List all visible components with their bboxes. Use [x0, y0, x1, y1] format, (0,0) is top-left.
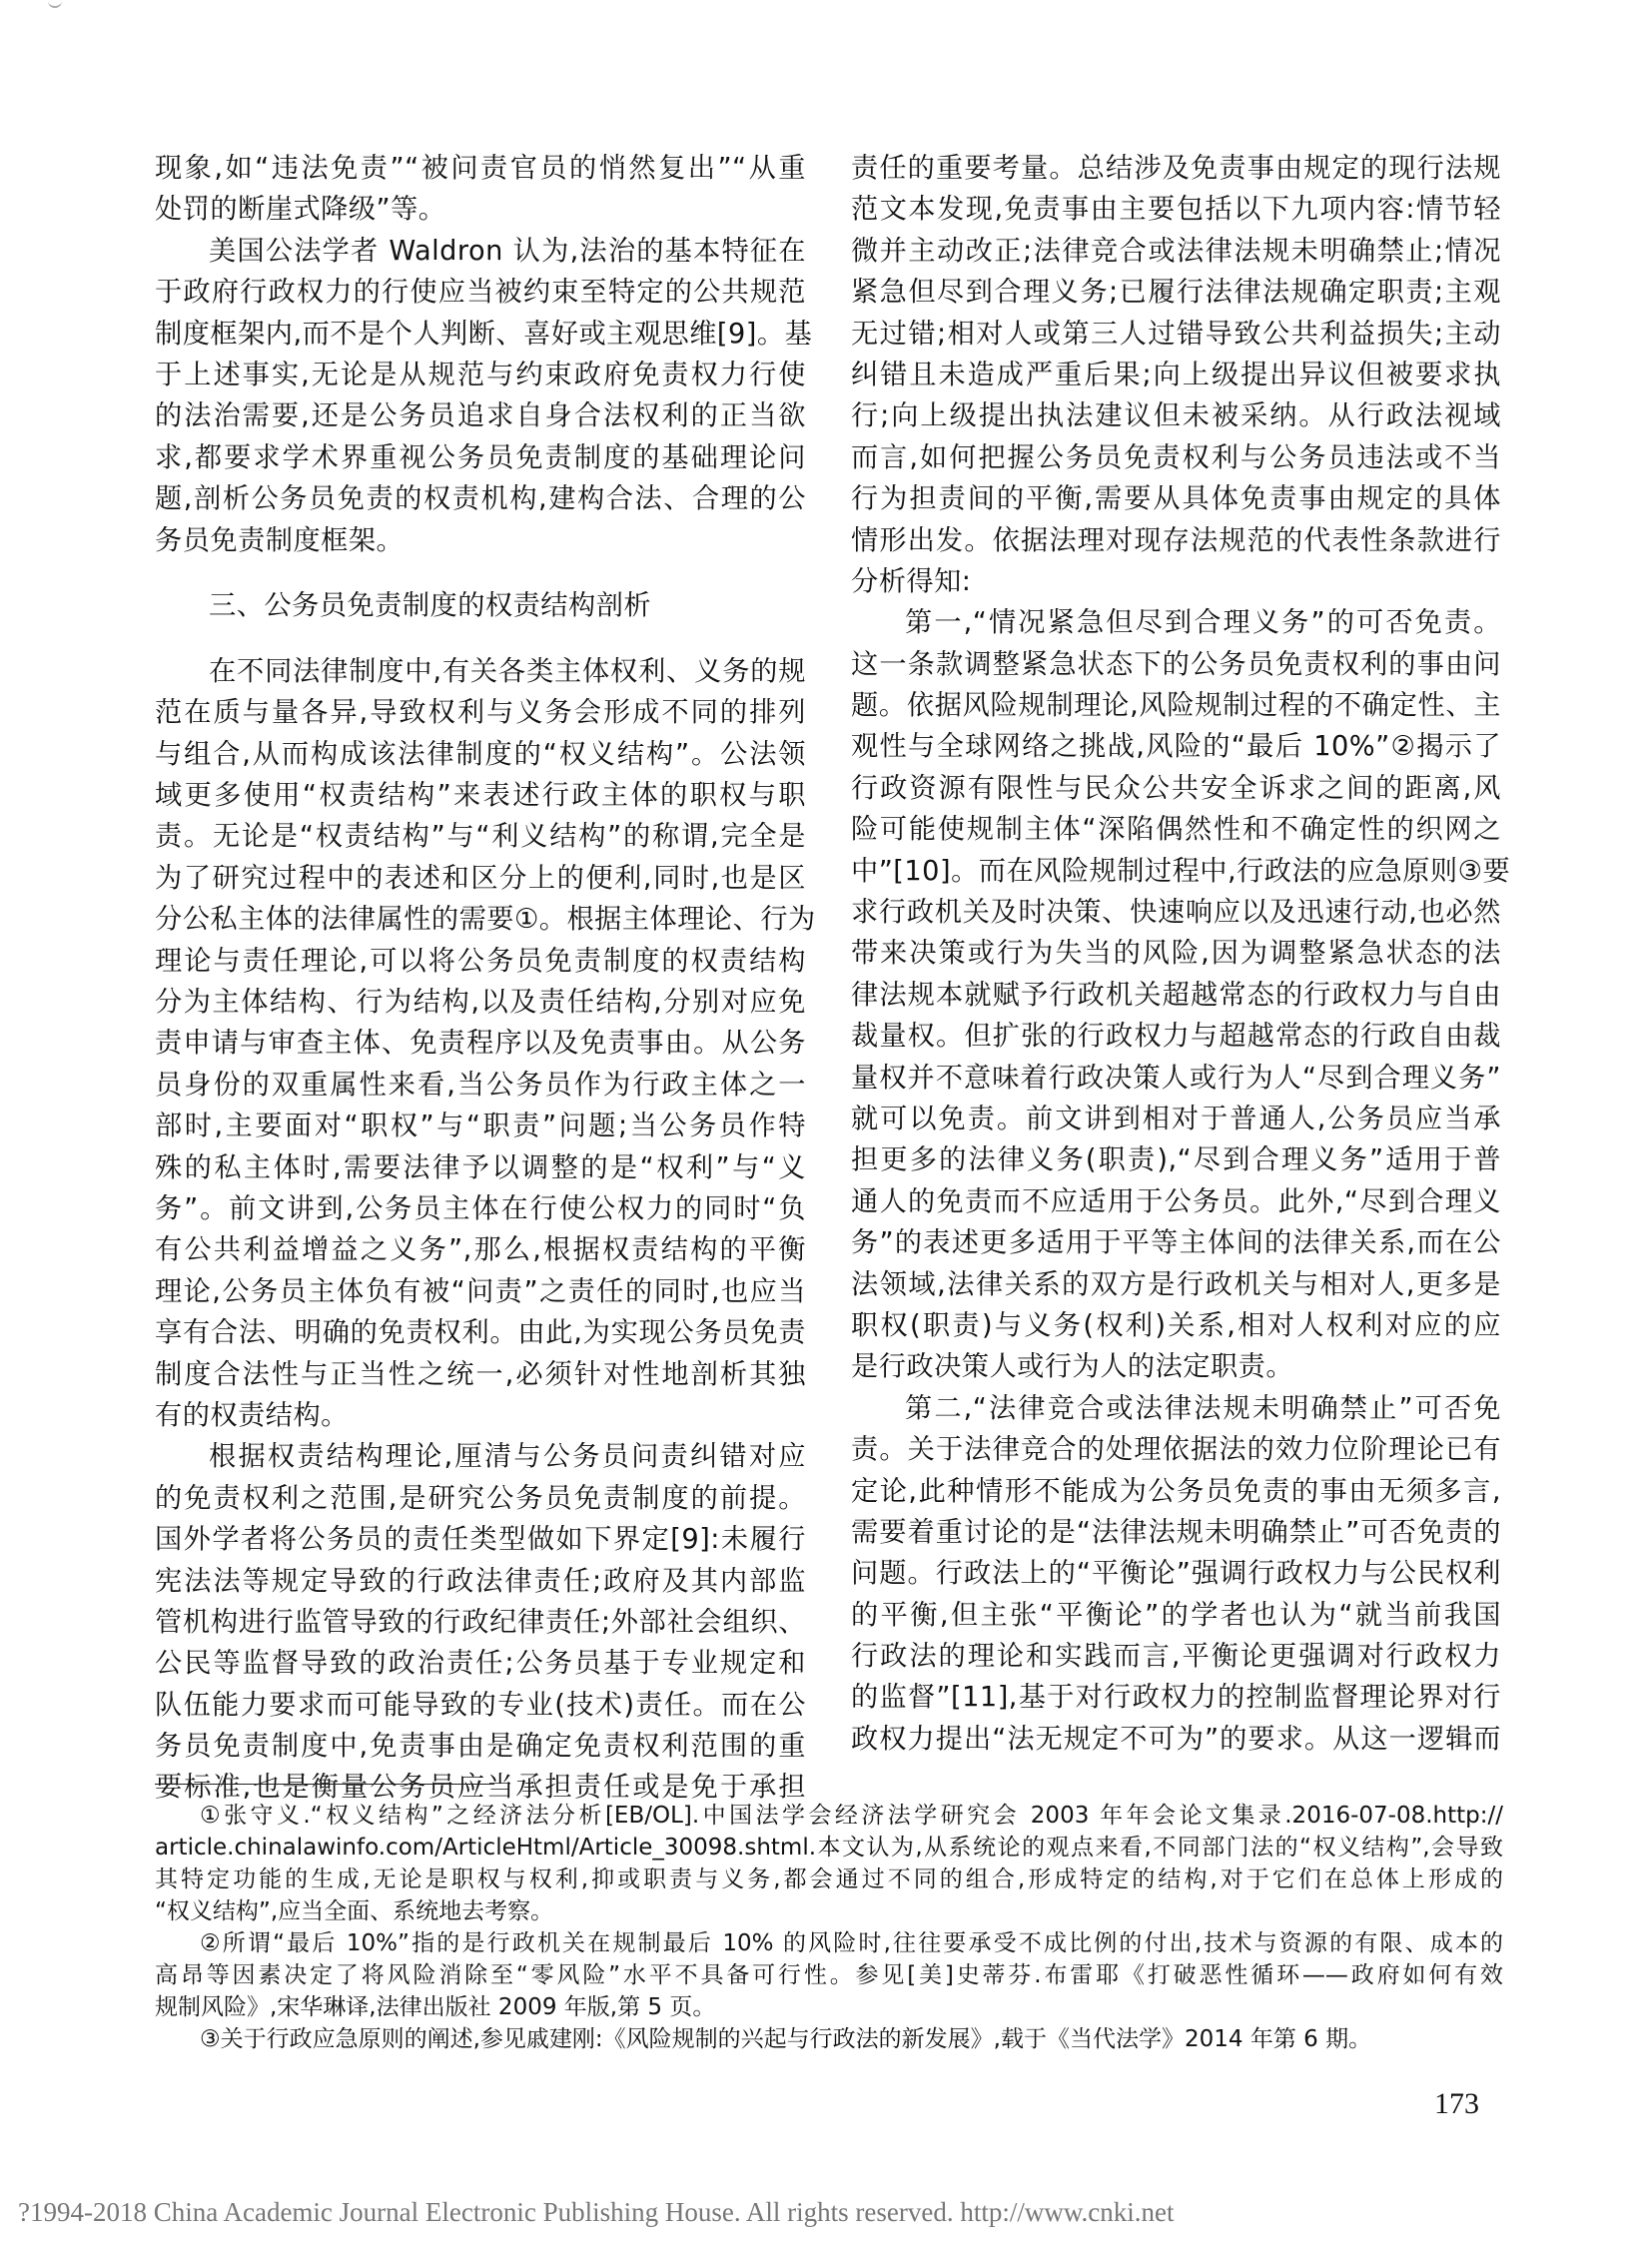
body-line: 通人的免责而不应适用于公务员。此外,“尽到合理义	[851, 1181, 1501, 1222]
body-line: 求行政机关及时决策、快速响应以及迅速行动,也必然	[851, 892, 1501, 933]
body-line: 处罚的断崖式降级”等。	[155, 189, 806, 230]
body-line: 险可能使规制主体“深陷偶然性和不确定性的织网之	[851, 809, 1501, 850]
body-line: 担更多的法律义务(职责),“尽到合理义务”适用于普	[851, 1139, 1501, 1180]
body-line: 的平衡,但主张“平衡论”的学者也认为“就当前我国	[851, 1595, 1501, 1636]
body-line: 行政法的理论和实践而言,平衡论更强调对行政权力	[851, 1636, 1501, 1677]
body-line: 题,剖析公务员免责的权责机构,建构合法、合理的公	[155, 478, 806, 519]
body-line: 务员免责制度框架。	[155, 520, 806, 561]
body-line: 公民等监督导致的政治责任;公务员基于专业规定和	[155, 1643, 806, 1684]
body-line: 责任的重要考量。总结涉及免责事由规定的现行法规	[851, 148, 1501, 189]
body-line: 现象,如“违法免责”“被问责官员的悄然复出”“从重	[155, 148, 806, 189]
body-line: 殊的私主体时,需要法律予以调整的是“权利”与“义	[155, 1147, 806, 1188]
body-line: 裁量权。但扩张的行政权力与超越常态的行政自由裁	[851, 1016, 1501, 1057]
body-line: 求,都要求学术界重视公务员免责制度的基础理论问	[155, 437, 806, 478]
body-line: 行政资源有限性与民众公共安全诉求之间的距离,风	[851, 768, 1501, 809]
body-line: 分公私主体的法律属性的需要①。根据主体理论、行为	[155, 899, 806, 940]
body-line: 责。无论是“权责结构”与“利义结构”的称谓,完全是	[155, 816, 806, 857]
body-line: 而言,如何把握公务员免责权利与公务员违法或不当	[851, 437, 1501, 478]
body-line: 问题。行政法上的“平衡论”强调行政权力与公民权利	[851, 1553, 1501, 1594]
body-line: 理论与责任理论,可以将公务员免责制度的权责结构	[155, 941, 806, 982]
body-line: 管机构进行监管导致的行政纪律责任;外部社会组织、	[155, 1602, 806, 1643]
body-line: 理论,公务员主体负有被“问责”之责任的同时,也应当	[155, 1271, 806, 1312]
body-line: 纠错且未造成严重后果;向上级提出异议但被要求执	[851, 355, 1501, 395]
left-column: 现象,如“违法免责”“被问责官员的悄然复出”“从重 处罚的断崖式降级”等。 美国…	[155, 148, 806, 1809]
footnote-line: 规制风险》,宋华琳译,法律出版社 2009 年版,第 5 页。	[155, 1991, 1503, 2023]
body-line: 无过错;相对人或第三人过错导致公共利益损失;主动	[851, 314, 1501, 355]
body-line: 范在质与量各异,导致权利与义务会形成不同的排列	[155, 692, 806, 733]
body-line: 的免责权利之范围,是研究公务员免责制度的前提。	[155, 1478, 806, 1519]
body-line: 域更多使用“权责结构”来表述行政主体的职权与职	[155, 775, 806, 816]
body-line: 务”的表述更多适用于平等主体间的法律关系,而在公	[851, 1222, 1501, 1263]
footnote-line: ②所谓“最后 10%”指的是行政机关在规制最后 10% 的风险时,往往要承受不成…	[155, 1927, 1503, 1959]
page-number: 173	[1434, 2087, 1479, 2121]
body-line: 责。关于法律竞合的处理依据法的效力位阶理论已有	[851, 1429, 1501, 1470]
body-line: 宪法法等规定导致的行政法律责任;政府及其内部监	[155, 1561, 806, 1602]
footnote-2: ②所谓“最后 10%”指的是行政机关在规制最后 10% 的风险时,往往要承受不成…	[155, 1927, 1503, 2023]
body-line: 需要着重讨论的是“法律法规未明确禁止”可否免责的	[851, 1512, 1501, 1553]
body-line: 范文本发现,免责事由主要包括以下九项内容:情节轻	[851, 189, 1501, 230]
footnote-line: article.chinalawinfo.com/ArticleHtml/Art…	[155, 1832, 1503, 1864]
body-line: 根据权责结构理论,厘清与公务员问责纠错对应	[155, 1436, 806, 1477]
footnote-divider	[155, 1784, 494, 1785]
footnote-line: ①张守义.“权义结构”之经济法分析[EB/OL].中国法学会经济法学研究会 20…	[155, 1800, 1503, 1832]
body-line: 行为担责间的平衡,需要从具体免责事由规定的具体	[851, 478, 1501, 519]
body-line: 的法治需要,还是公务员追求自身合法权利的正当欲	[155, 395, 806, 436]
body-line: 部时,主要面对“职权”与“职责”问题;当公务员作特	[155, 1106, 806, 1146]
body-line: 就可以免责。前文讲到相对于普通人,公务员应当承	[851, 1099, 1501, 1139]
body-line: 为了研究过程中的表述和区分上的便利,同时,也是区	[155, 858, 806, 899]
body-line: 量权并不意味着行政决策人或行为人“尽到合理义务”	[851, 1058, 1501, 1099]
body-line: 美国公法学者 Waldron 认为,法治的基本特征在	[155, 231, 806, 272]
body-line: 队伍能力要求而可能导致的专业(技术)责任。而在公	[155, 1685, 806, 1726]
body-line: 第二,“法律竞合或法律法规未明确禁止”可否免	[851, 1388, 1501, 1429]
body-line: 第一,“情况紧急但尽到合理义务”的可否免责。	[851, 602, 1501, 643]
footnote-line: “权义结构”,应当全面、系统地去考察。	[155, 1895, 1503, 1927]
body-line: 法领域,法律关系的双方是行政机关与相对人,更多是	[851, 1264, 1501, 1305]
body-line: 于政府行政权力的行使应当被约束至特定的公共规范	[155, 272, 806, 313]
body-line: 带来决策或行为失当的风险,因为调整紧急状态的法	[851, 933, 1501, 974]
body-line: 紧急但尽到合理义务;已履行法律法规确定职责;主观	[851, 272, 1501, 313]
body-line: 务”。前文讲到,公务员主体在行使公权力的同时“负	[155, 1188, 806, 1229]
footnote-1: ①张守义.“权义结构”之经济法分析[EB/OL].中国法学会经济法学研究会 20…	[155, 1800, 1503, 1927]
footnote-line: 其特定功能的生成,无论是职权与权利,抑或职责与义务,都会通过不同的组合,形成特定…	[155, 1864, 1503, 1895]
body-line: 分析得知:	[851, 561, 1501, 602]
copyright-notice: ?1994-2018 China Academic Journal Electr…	[18, 2197, 1175, 2228]
body-line: 政权力提出“法无规定不可为”的要求。从这一逻辑而	[851, 1719, 1501, 1760]
body-line: 行;向上级提出执法建议但未被采纳。从行政法视域	[851, 395, 1501, 436]
body-line: 员身份的双重属性来看,当公务员作为行政主体之一	[155, 1065, 806, 1106]
section-heading: 三、公务员免责制度的权责结构剖析	[155, 575, 806, 637]
body-line: 制度合法性与正当性之统一,必须针对性地剖析其独	[155, 1354, 806, 1395]
body-line: 题。依据风险规制理论,风险规制过程的不确定性、主	[851, 685, 1501, 726]
footnotes: ①张守义.“权义结构”之经济法分析[EB/OL].中国法学会经济法学研究会 20…	[155, 1800, 1503, 2055]
body-line: 国外学者将公务员的责任类型做如下界定[9]:未履行	[155, 1519, 806, 1560]
footnote-line: 高昂等因素决定了将风险消除至“零风险”水平不具备可行性。参见[美]史蒂芬.布雷耶…	[155, 1959, 1503, 1991]
body-line: 是行政决策人或行为人的法定职责。	[851, 1346, 1501, 1387]
body-line: 务员免责制度中,免责事由是确定免责权利范围的重	[155, 1726, 806, 1767]
body-line: 有的权责结构。	[155, 1395, 806, 1436]
body-line: 律法规本就赋予行政机关超越常态的行政权力与自由	[851, 975, 1501, 1016]
body-line: 责申请与审查主体、免责程序以及免责事由。从公务	[155, 1023, 806, 1064]
body-line: 情形出发。依据法理对现存法规范的代表性条款进行	[851, 520, 1501, 561]
body-line: 观性与全球网络之挑战,风险的“最后 10%”②揭示了	[851, 726, 1501, 767]
body-line: 分为主体结构、行为结构,以及责任结构,分别对应免	[155, 982, 806, 1023]
body-line: 在不同法律制度中,有关各类主体权利、义务的规	[155, 651, 806, 692]
body-line: 定论,此种情形不能成为公务员免责的事由无须多言,	[851, 1471, 1501, 1512]
body-line: 享有合法、明确的免责权利。由此,为实现公务员免责	[155, 1312, 806, 1353]
body-line: 中”[10]。而在风险规制过程中,行政法的应急原则③要	[851, 851, 1501, 892]
footnote-line: ③关于行政应急原则的阐述,参见戚建刚:《风险规制的兴起与行政法的新发展》,载于《…	[155, 2023, 1503, 2055]
body-line: 微并主动改正;法律竞合或法律法规未明确禁止;情况	[851, 231, 1501, 272]
scan-artifact-mark	[48, 0, 62, 8]
body-line: 与组合,从而构成该法律制度的“权义结构”。公法领	[155, 734, 806, 775]
body-line: 职权(职责)与义务(权利)关系,相对人权利对应的应	[851, 1305, 1501, 1346]
body-line: 这一条款调整紧急状态下的公务员免责权利的事由问	[851, 644, 1501, 685]
footnote-3: ③关于行政应急原则的阐述,参见戚建刚:《风险规制的兴起与行政法的新发展》,载于《…	[155, 2023, 1503, 2055]
body-line: 于上述事实,无论是从规范与约束政府免责权力行使	[155, 355, 806, 395]
body-line: 制度框架内,而不是个人判断、喜好或主观思维[9]。基	[155, 314, 806, 355]
body-line: 有公共利益增益之义务”,那么,根据权责结构的平衡	[155, 1229, 806, 1270]
body-line: 的监督”[11],基于对行政权力的控制监督理论界对行	[851, 1677, 1501, 1718]
right-column: 责任的重要考量。总结涉及免责事由规定的现行法规 范文本发现,免责事由主要包括以下…	[851, 148, 1501, 1760]
